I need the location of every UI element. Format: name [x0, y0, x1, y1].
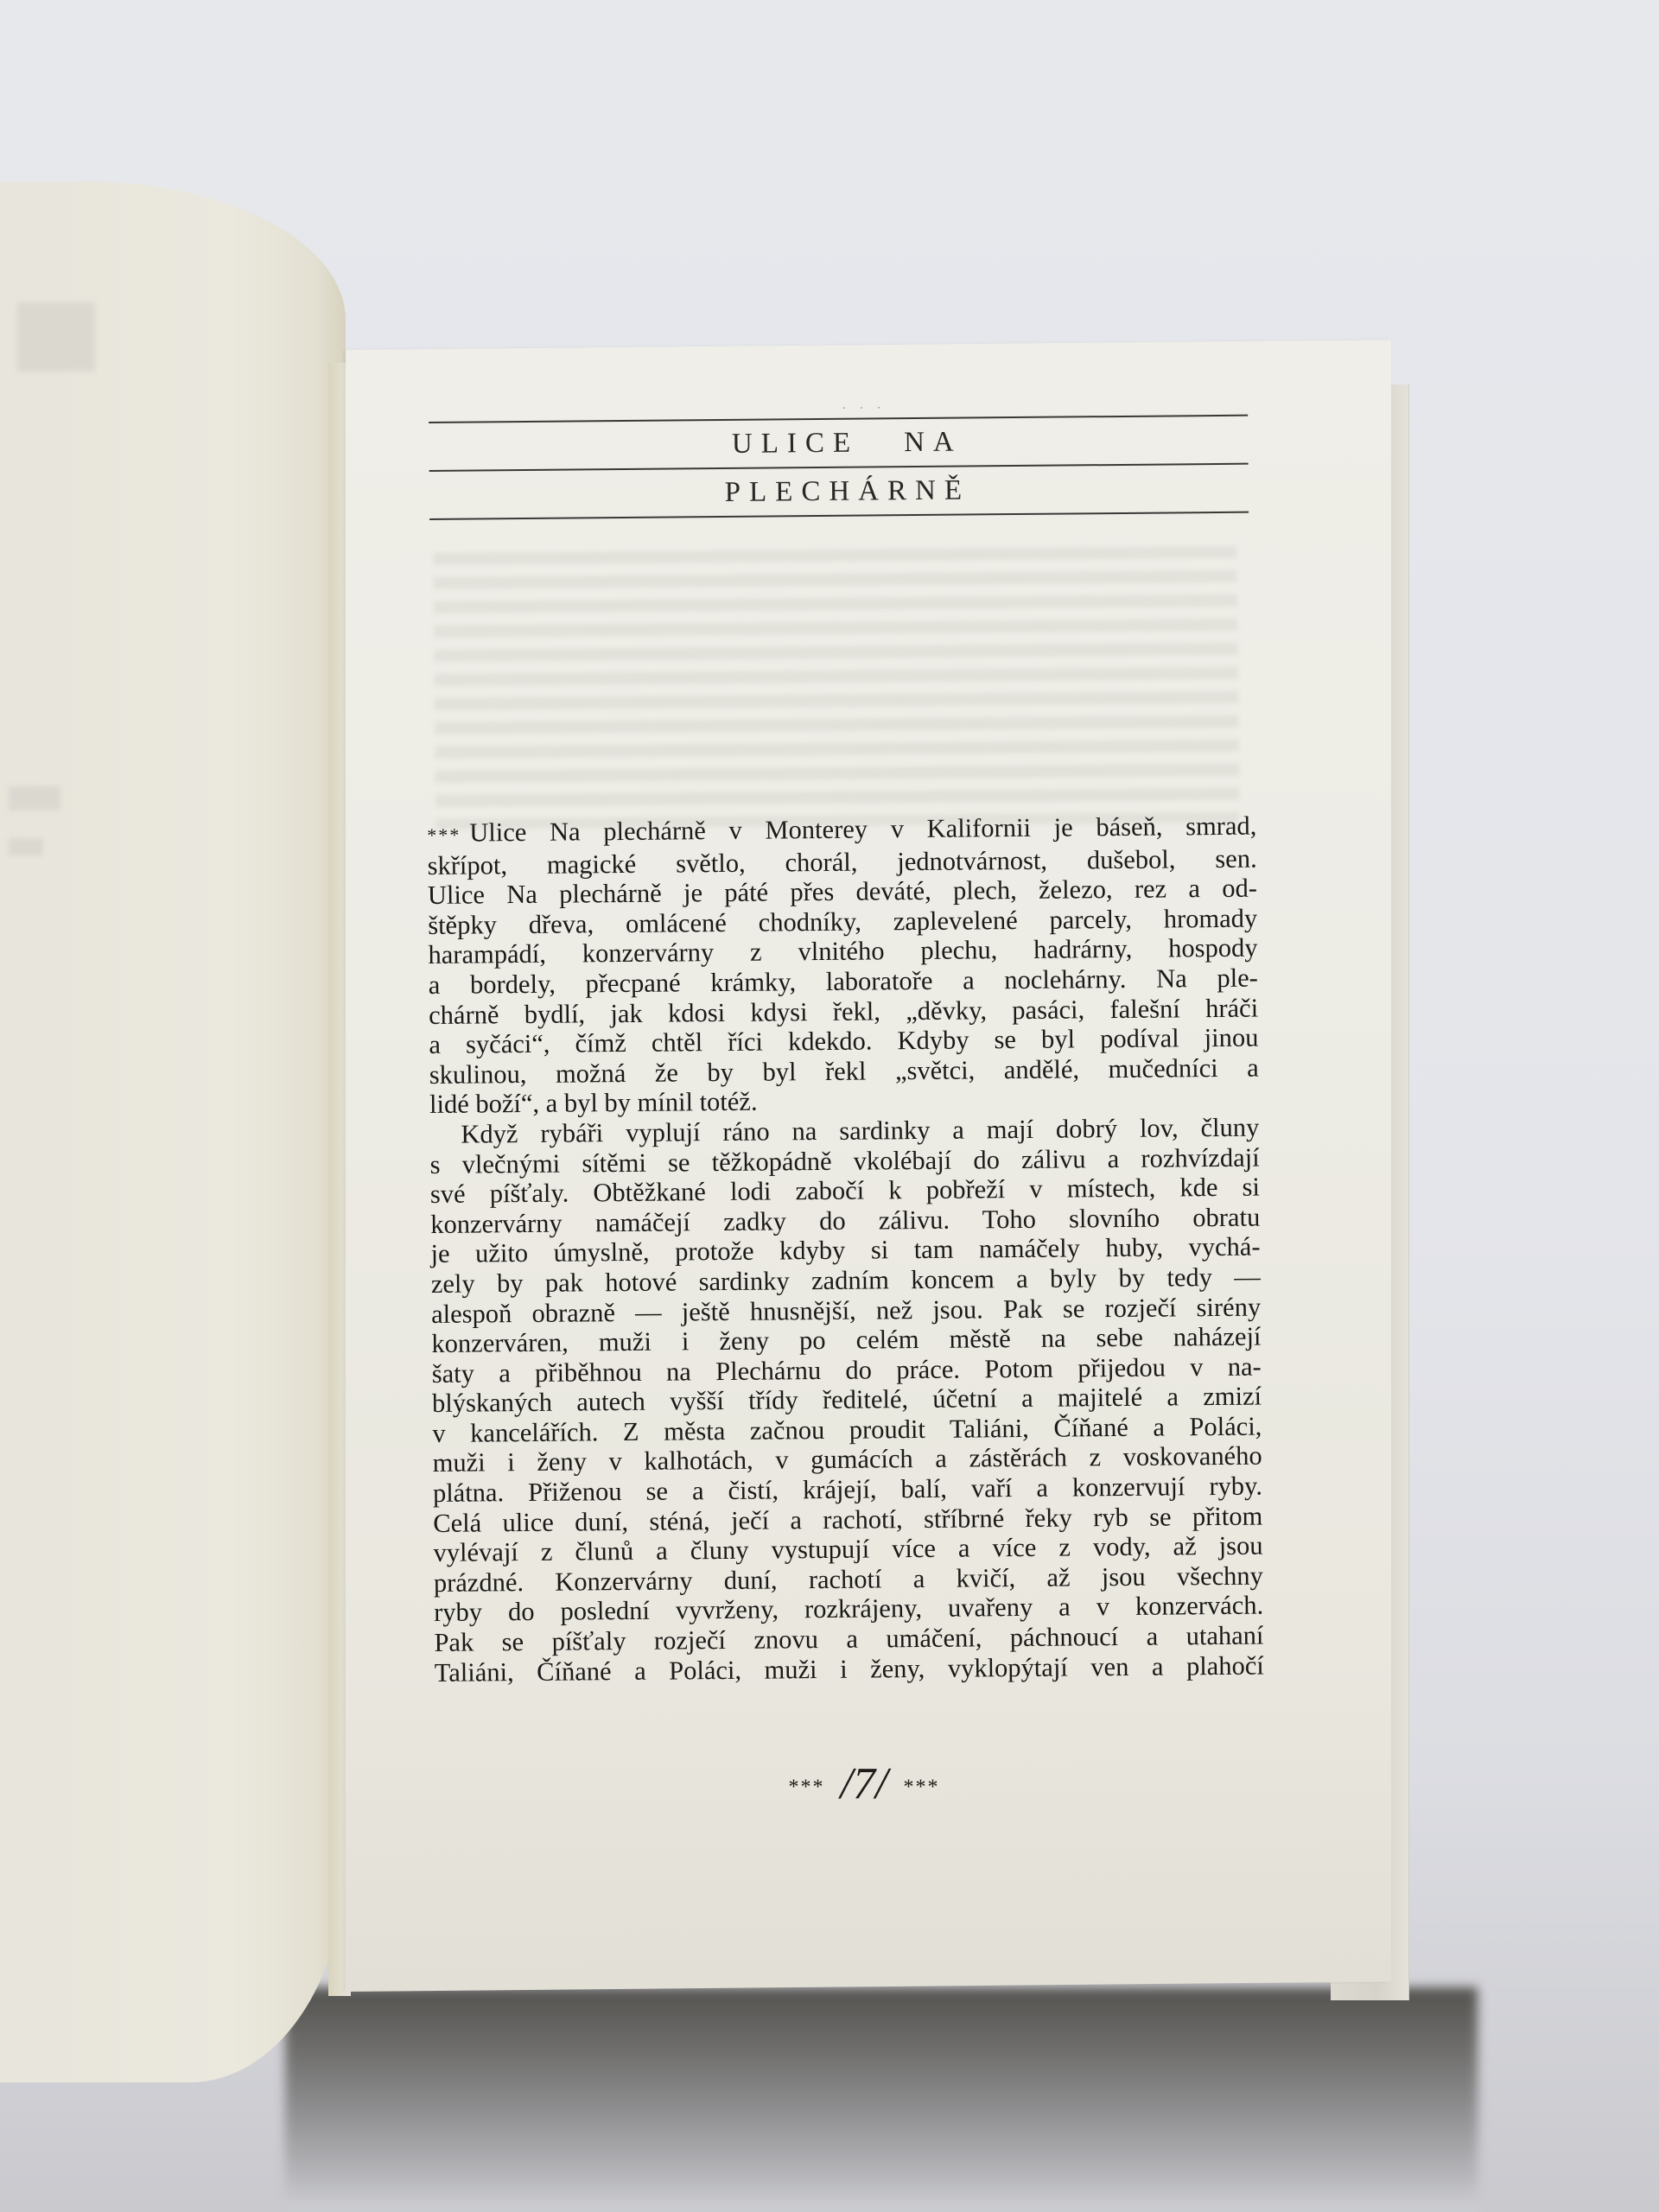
- left-page-ghost-print: [9, 838, 43, 855]
- show-through-text: [433, 546, 1239, 829]
- paragraph-2: Když rybáři vyplují ráno na sardinky a m…: [429, 1113, 1264, 1688]
- paragraph-1: ***Ulice Na plechárně v Monterey v Kalif…: [427, 811, 1259, 1120]
- page-number: /7/: [841, 1759, 888, 1808]
- chapter-title-line-2: PLECHÁRNĚ: [424, 465, 1254, 518]
- book-shadow: [285, 1987, 1478, 2212]
- chapter-title-word: NA: [904, 427, 963, 459]
- folio-ornament-right: ***: [903, 1777, 939, 1799]
- chapter-title-word: ULICE: [732, 428, 859, 460]
- body-text: ***Ulice Na plechárně v Monterey v Kalif…: [427, 811, 1264, 1688]
- page-content: · · · ULICENA PLECHÁRNĚ ***Ulice Na plec…: [423, 399, 1264, 1688]
- left-page-ghost-print: [9, 786, 60, 810]
- left-page-ghost-print: [17, 302, 95, 372]
- folio-ornament-left: ***: [789, 1777, 825, 1799]
- left-page: [0, 181, 346, 2082]
- chapter-title-line-1: ULICENA: [423, 416, 1253, 470]
- page-folio: ***/7/***: [752, 1758, 976, 1809]
